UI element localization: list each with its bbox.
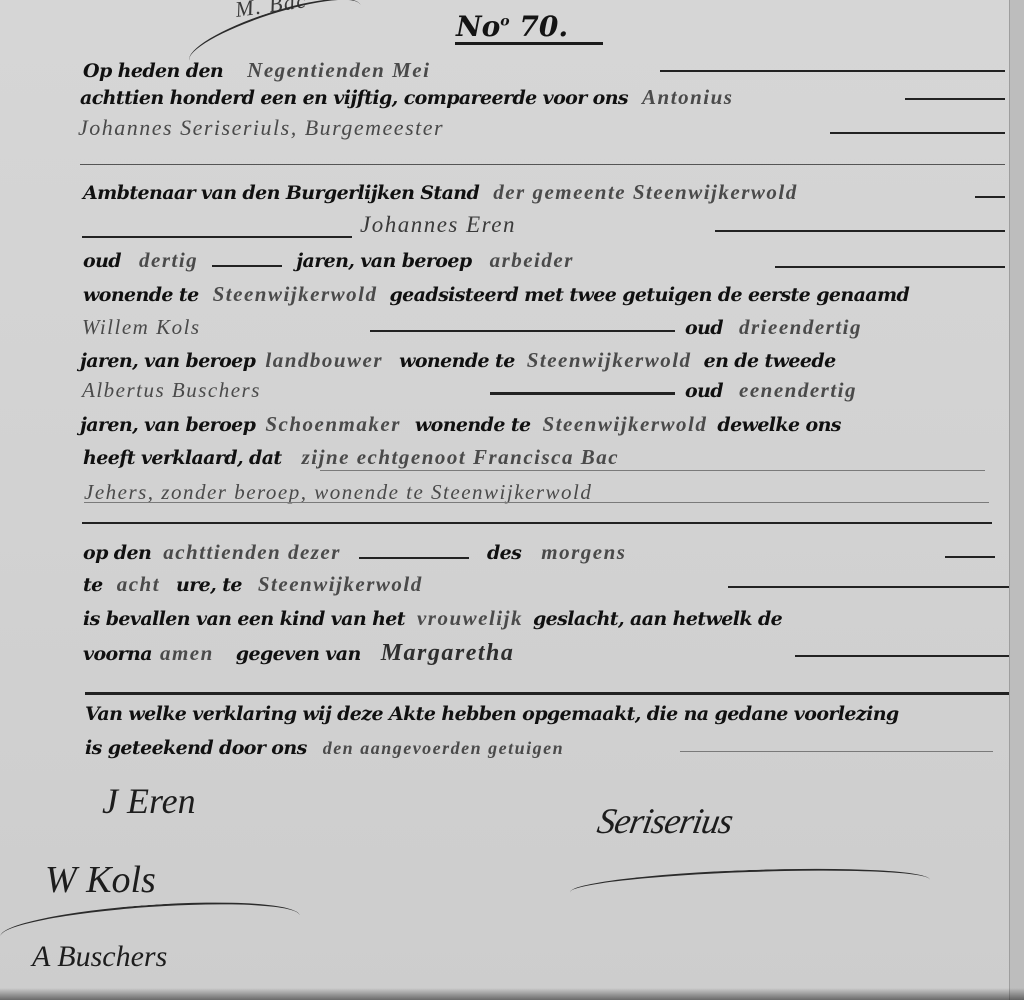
- father-occupation-field: arbeider: [490, 248, 574, 272]
- rule-15: [728, 586, 1018, 588]
- rule-1: [660, 70, 1005, 72]
- official-firstname-field: Antonius: [642, 85, 733, 109]
- witness1-age-field: drieendertig: [739, 315, 862, 339]
- printed-text: jaren, van beroep: [296, 250, 471, 272]
- birth-place-field: Steenwijkerwold: [258, 572, 423, 596]
- father-age-field: dertig: [139, 248, 198, 272]
- rule-5a: [82, 236, 352, 238]
- rule-5b: [715, 230, 1005, 232]
- printed-text: gegeven van: [236, 643, 361, 665]
- witness1-occupation-field: landbouwer: [265, 348, 383, 372]
- printed-text: is geteekend door ons: [85, 737, 307, 759]
- witness2-name-field: Albertus Buschers: [82, 378, 261, 402]
- printed-text: op den: [83, 542, 151, 564]
- printed-text: geslacht, aan hetwelk de: [533, 608, 782, 630]
- printed-text: oud: [685, 317, 723, 339]
- printed-text: wonende te: [415, 414, 531, 436]
- line-6: oud dertig jaren, van beroep arbeider: [83, 248, 574, 273]
- mother-details-field: Jehers, zonder beroep, wonende te Steenw…: [84, 480, 592, 504]
- page-edge: [1009, 0, 1024, 1000]
- child-name-field: Margaretha: [381, 640, 515, 666]
- line-17: voorna amen gegeven van Margaretha: [83, 640, 514, 667]
- witness2-residence-field: Steenwijkerwold: [543, 412, 708, 436]
- official-flourish: [570, 864, 931, 909]
- printed-text: des: [487, 542, 521, 564]
- printed-text: en de tweede: [704, 350, 836, 372]
- closing-text: Van welke verklaring wij deze Akte hebbe…: [85, 703, 899, 725]
- line-5: Johannes Eren: [360, 212, 516, 238]
- printed-text: voorna: [83, 643, 152, 665]
- line-4: Ambtenaar van den Burgerlijken Stand der…: [83, 180, 798, 205]
- birth-time-of-day-field: morgens: [541, 540, 626, 564]
- signature-official: Seriserius: [594, 800, 735, 842]
- line-10: Albertus Buschers: [82, 378, 261, 403]
- line-8: Willem Kols: [82, 315, 201, 340]
- printed-text: te: [83, 574, 103, 596]
- rule-4: [975, 196, 1005, 198]
- printed-text: geadsisteerd met twee getuigen de eerste…: [390, 284, 910, 306]
- birth-hour-field: acht: [117, 572, 160, 596]
- line-9: jaren, van beroep landbouwer wonende te …: [80, 348, 836, 373]
- line-3: Johannes Seriseriuls, Burgemeester: [78, 115, 444, 141]
- rule-13b: [82, 522, 992, 524]
- record-number: Noo 70.: [456, 10, 568, 43]
- line-10-age: oud eenendertig: [685, 378, 857, 403]
- line-8-age: oud drieendertig: [685, 315, 862, 340]
- printed-text: dewelke ons: [717, 414, 841, 436]
- witness2-occupation-field: Schoenmaker: [265, 412, 401, 436]
- line-18: Van welke verklaring wij deze Akte hebbe…: [85, 703, 899, 725]
- rule-12: [320, 470, 985, 471]
- printed-text: jaren, van beroep: [80, 414, 255, 436]
- line-15: te acht ure, te Steenwijkerwold: [83, 572, 423, 597]
- line-7: wonende te Steenwijkerwold geadsisteerd …: [83, 282, 909, 307]
- number-label: No: [456, 10, 500, 43]
- line-11: jaren, van beroep Schoenmaker wonende te…: [80, 412, 841, 437]
- page-shadow: [0, 988, 1024, 1000]
- signature-witness-2: A Buschers: [32, 940, 167, 974]
- rule-14: [945, 556, 995, 558]
- official-name-field: Johannes Seriseriuls, Burgemeester: [78, 115, 444, 140]
- rule-17b: [85, 692, 1020, 695]
- mother-name-field: zijne echtgenoot Francisca Bac: [302, 445, 619, 469]
- signature-father: J Eren: [102, 780, 196, 822]
- father-residence-field: Steenwijkerwold: [213, 282, 378, 306]
- rule-19: [680, 751, 993, 752]
- witness1-name-field: Willem Kols: [82, 315, 201, 339]
- printed-text: achttien honderd een en vijftig, compare…: [80, 87, 628, 109]
- line-19: is geteekend door ons den aangevoerden g…: [85, 737, 564, 759]
- rule-6: [775, 266, 1005, 268]
- rule-3b: [80, 164, 1005, 165]
- printed-text: oud: [685, 380, 723, 402]
- father-name-field: Johannes Eren: [360, 212, 516, 237]
- printed-text: is bevallen van een kind van het: [83, 608, 405, 630]
- witness1-residence-field: Steenwijkerwold: [527, 348, 692, 372]
- child-sex-field: vrouwelijk: [417, 606, 523, 630]
- voornamen-fill: amen: [160, 641, 214, 665]
- birth-day-field: achttienden dezer: [163, 540, 341, 564]
- rule-8: [370, 330, 675, 332]
- line-1: Op heden den Negentienden Mei: [83, 58, 430, 83]
- printed-text: heeft verklaard, dat: [83, 447, 282, 469]
- printed-text: jaren, van beroep: [80, 350, 255, 372]
- printed-text: ure, te: [176, 574, 242, 596]
- witness2-age-field: eenendertig: [739, 378, 857, 402]
- municipality-field: der gemeente Steenwijkerwold: [493, 180, 797, 204]
- rule-2: [905, 98, 1005, 100]
- printed-text: Op heden den: [83, 60, 223, 82]
- document-page: M. Bac Noo 70. Op heden den Negentienden…: [0, 0, 1010, 1000]
- line-2: achttien honderd een en vijftig, compare…: [80, 85, 733, 110]
- signed-by-field: den aangevoerden getuigen: [323, 738, 565, 758]
- rule-17: [795, 655, 1020, 657]
- rule-3: [830, 132, 1005, 134]
- rule-13: [84, 502, 989, 503]
- signature-witness-1: W Kols: [45, 858, 156, 902]
- printed-text: wonende te: [83, 284, 199, 306]
- line-12: heeft verklaard, dat zijne echtgenoot Fr…: [83, 445, 619, 470]
- printed-text: wonende te: [399, 350, 515, 372]
- line-14: op den achttienden dezer des morgens: [83, 540, 626, 565]
- number-value: 70.: [519, 10, 568, 43]
- rule-10: [490, 392, 675, 395]
- printed-text: Ambtenaar van den Burgerlijken Stand: [83, 182, 479, 204]
- number-underline: [455, 42, 603, 45]
- date-field: Negentienden Mei: [247, 58, 430, 82]
- printed-text: oud: [83, 250, 121, 272]
- line-16: is bevallen van een kind van het vrouwel…: [83, 606, 782, 631]
